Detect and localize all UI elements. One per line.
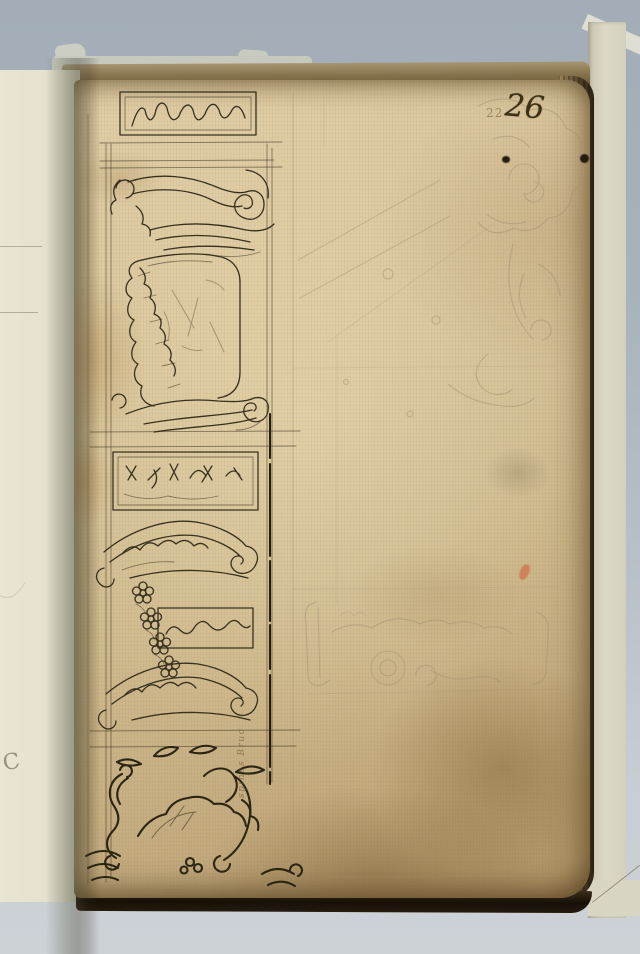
- cartouche-panel: [112, 254, 268, 432]
- margin-inscription: spines Bruc: [237, 694, 247, 798]
- rosette-chain: [133, 582, 180, 677]
- graphite-sketches-drawing: [288, 84, 580, 896]
- scroll-frieze: [100, 167, 282, 257]
- folio-number-ink: 26: [504, 90, 546, 124]
- pencil-rule: [0, 312, 38, 313]
- graphite-scroll-sketch: [344, 99, 584, 417]
- sketch-panel-3: [158, 608, 253, 648]
- folio-number: 22 26: [486, 92, 545, 123]
- scanned-book-photograph: C: [0, 0, 640, 954]
- acanthus-wave-2: [99, 663, 258, 729]
- sketch-panel-1: [120, 92, 256, 135]
- folio-number-pencil: 22: [486, 106, 503, 120]
- ink-spot: [580, 154, 589, 163]
- graphite-frieze-sketch: [305, 602, 560, 694]
- ink-ornament-band-drawing: [86, 84, 310, 902]
- ink-spot: [502, 156, 510, 163]
- sketch-panel-2: [113, 452, 258, 510]
- pencil-rule: [0, 246, 42, 247]
- acanthus-wave-1: [97, 521, 258, 587]
- gutter-shadow: [46, 58, 100, 954]
- ruled-construction-lines: [293, 94, 557, 884]
- show-through-arc: [0, 416, 40, 598]
